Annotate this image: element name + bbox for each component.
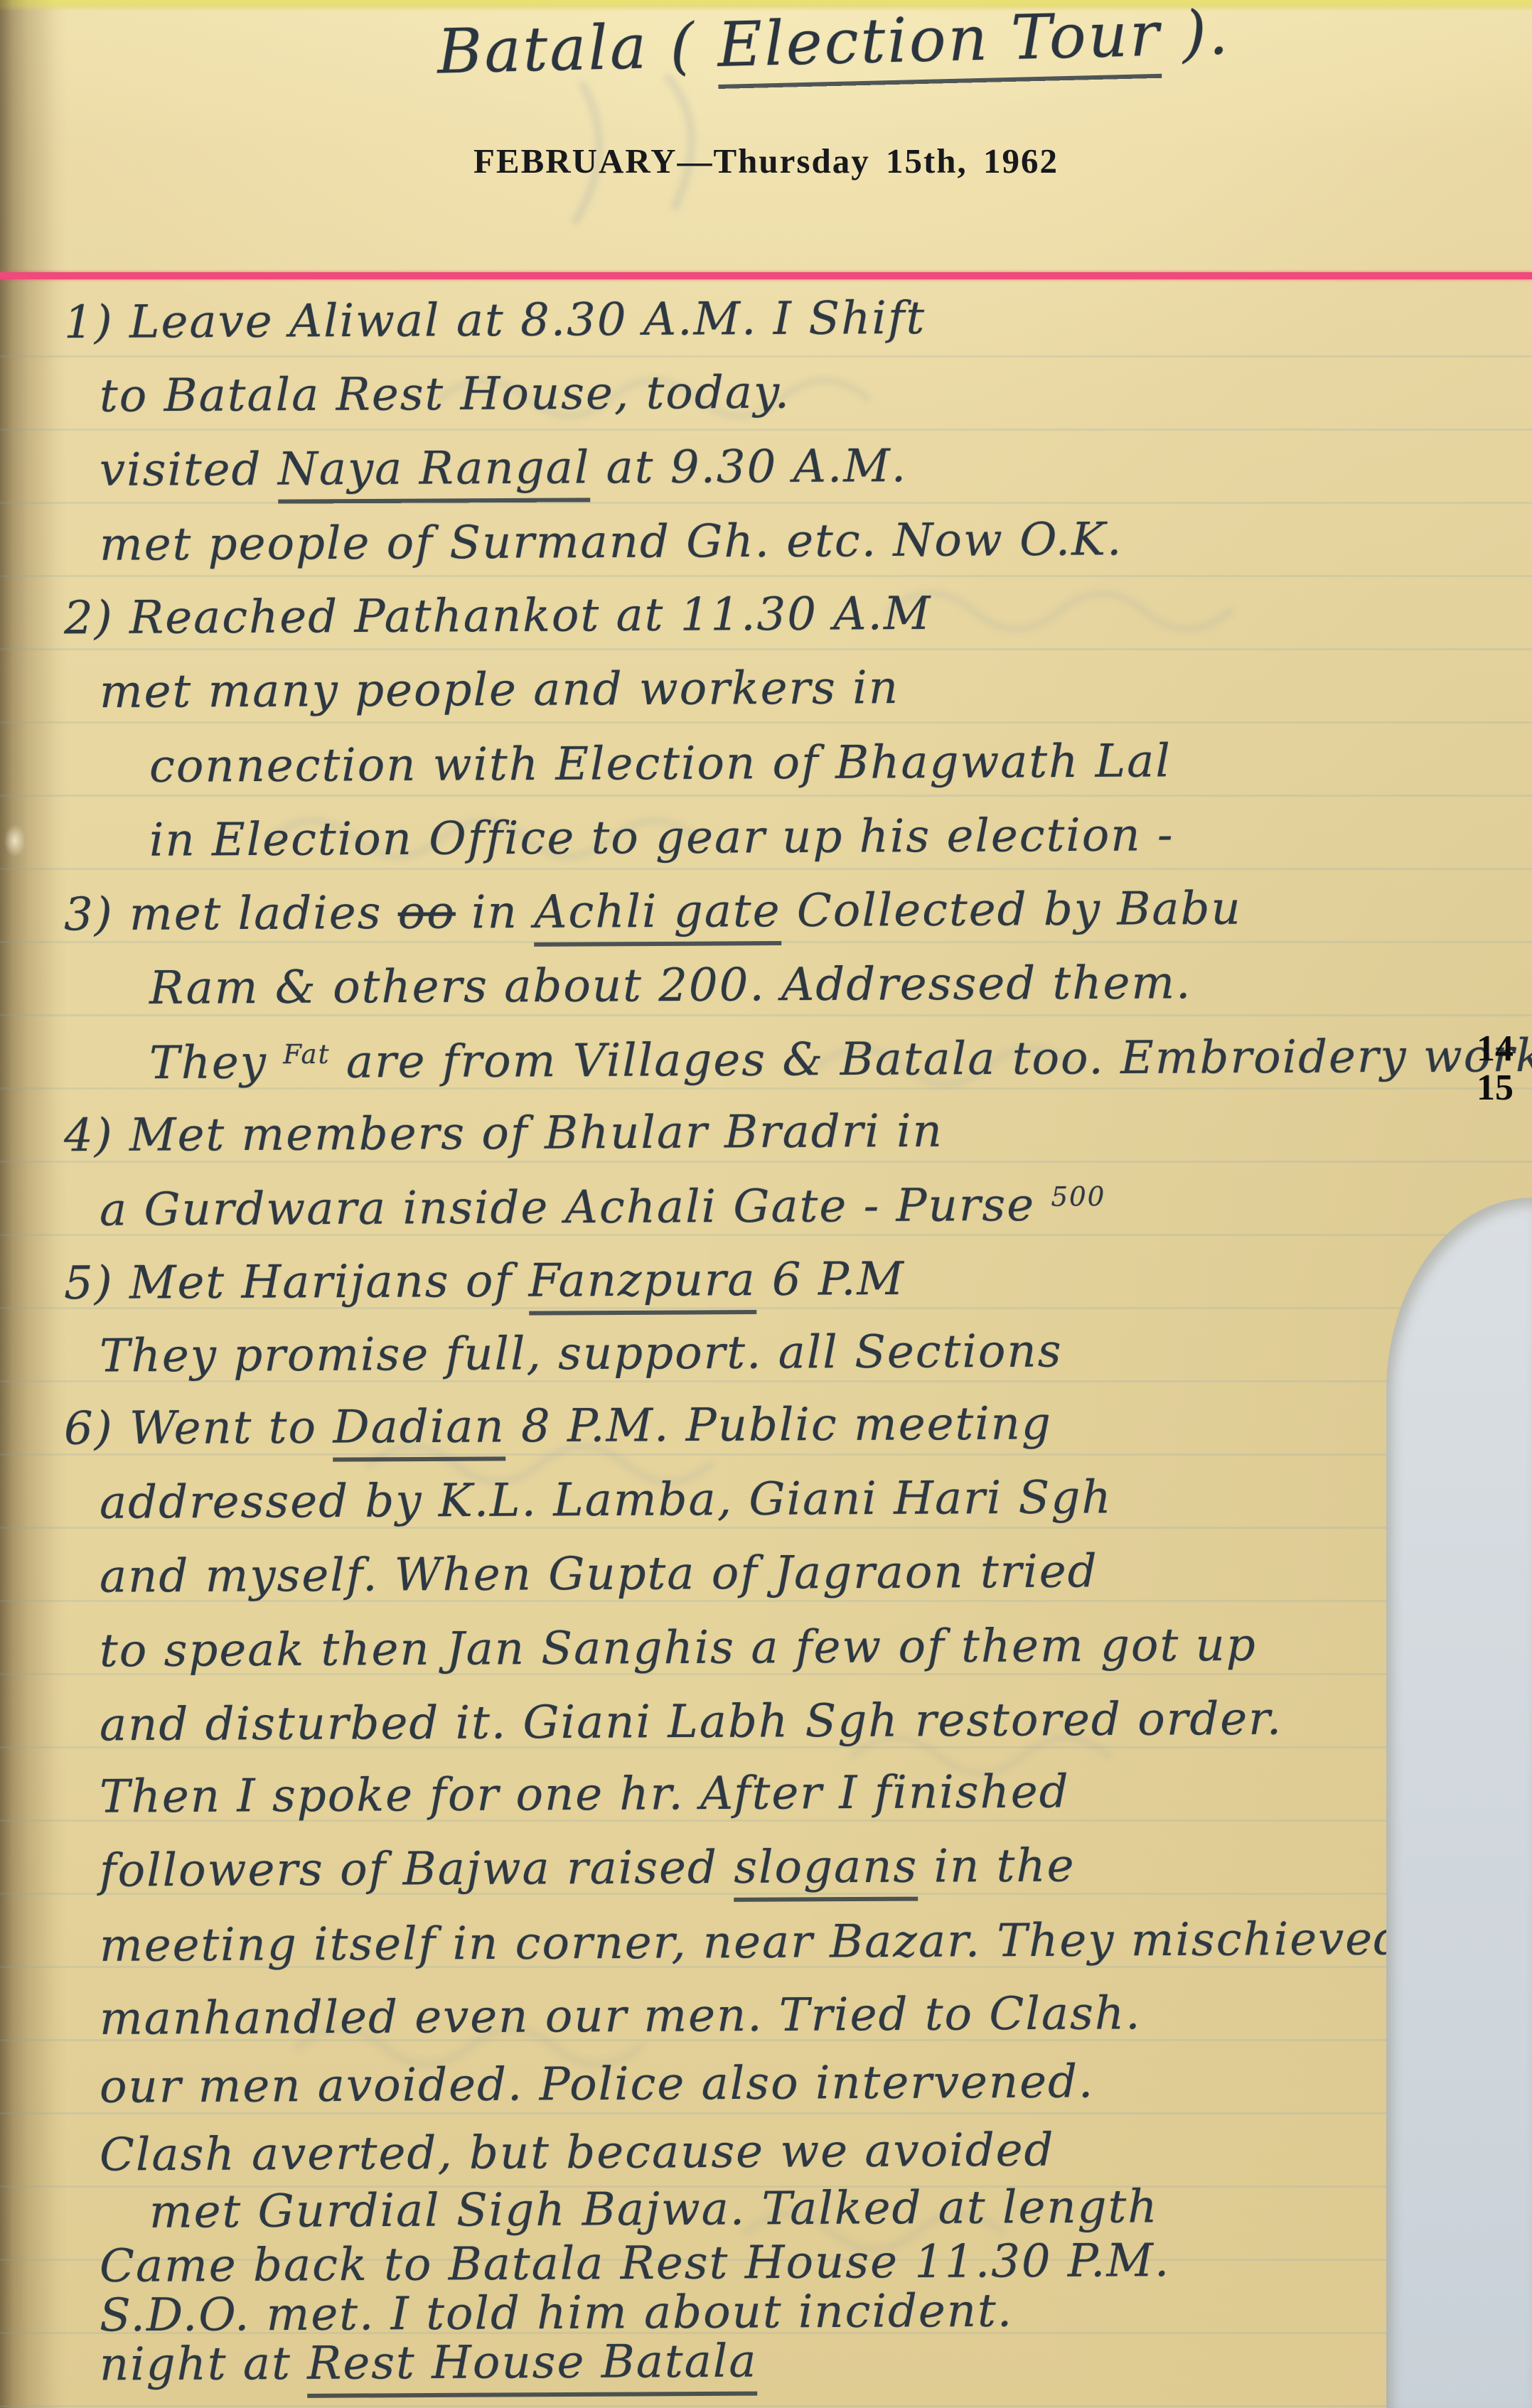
handwriting-segment: night at [100,2338,308,2392]
handwriting-segment: oo [398,886,456,939]
handwriting-segment: meeting itself in corner, near Bazar. Th… [100,1913,1420,1972]
printed-date-header: FEBRUARY—Thursday 15th, 1962 [0,141,1532,181]
handwriting-line: They promise full, support. all Sections [100,1328,1063,1380]
handwriting-segment: 1) Leave Aliwal at 8.30 A.M. I Shift [64,292,926,349]
handwriting-segment: are from Villages & Batala too. Embroide… [330,1030,1532,1089]
handwriting-segment: and myself. When Gupta of Jagraon tried [100,1545,1098,1603]
handwriting-segment: They promise full, support. all Sections [100,1325,1063,1382]
handwriting-segment: in the [918,1839,1076,1893]
handwriting-segment: Then I spoke for one hr. After I finishe… [100,1765,1070,1823]
handwriting-line: addressed by K.L. Lamba, Giani Hari Sgh [100,1474,1113,1527]
handwriting-line: manhandled even our men. Tried to Clash. [100,1990,1142,2043]
handwriting-segment: manhandled even our men. Tried to Clash. [100,1987,1142,2046]
handwriting-segment: Election Tour [717,0,1162,89]
page-edge-tabs: 14 15 [1477,1029,1514,1107]
handwriting-segment: They [149,1036,284,1090]
handwriting-segment: our men avoided. Police also intervened. [100,2055,1095,2113]
handwriting-segment: S.D.O. met. I told him about incident. [100,2285,1013,2343]
handwriting-segment: 3) met ladies [64,887,398,941]
handwriting-segment: 5) Met Harijans of [64,1255,529,1310]
handwriting-line: followers of Bajwa raised slogans in the [100,1842,1076,1895]
handwriting-line: 4) Met members of Bhular Bradri in [64,1108,943,1161]
curled-corner-background [1386,1198,1532,2408]
handwriting-line: and myself. When Gupta of Jagraon tried [100,1548,1098,1601]
handwriting-segment: and disturbed it. Giani Labh Sgh restore… [100,1693,1282,1752]
handwriting-line: Ram & others about 200. Addressed them. [149,960,1192,1013]
handwriting-line: and disturbed it. Giani Labh Sgh restore… [100,1696,1282,1750]
handwriting-segment: 6 P.M [756,1253,905,1306]
handwriting-segment: met many people and workers in [100,662,899,719]
handwriting-line: met people of Surmand Gh. etc. Now O.K. [100,516,1123,569]
handwriting-line: to speak then Jan Sanghis a few of them … [100,1622,1257,1676]
handwriting-segment: in [456,886,535,940]
handwriting-segment: Rest House Batala [307,2336,758,2398]
handwriting-line: 1) Leave Aliwal at 8.30 A.M. I Shift [64,295,926,348]
handwriting-line: 5) Met Harijans of Fanzpura 6 P.M [64,1256,905,1308]
handwriting-segment: to speak then Jan Sanghis a few of them … [100,1619,1257,1678]
handwriting-line: our men avoided. Police also intervened. [100,2058,1095,2112]
page-tab-15: 15 [1477,1068,1514,1107]
handwriting-segment: addressed by K.L. Lamba, Giani Hari Sgh [100,1471,1113,1529]
handwriting-segment: Clash averted, but because we avoided [100,2124,1055,2181]
handwriting-line: connection with Election of Bhagwath Lal [149,738,1172,791]
handwriting-segment: Batala ( [436,10,719,88]
handwriting-line: Clash averted, but because we avoided [100,2127,1055,2179]
handwriting-segment: 2) Reached Pathankot at 11.30 A.M [64,588,932,645]
handwriting-line: in Election Office to gear up his electi… [149,812,1174,865]
handwriting-line: night at Rest House Batala [100,2338,758,2390]
handwriting-segment: connection with Election of Bhagwath Lal [149,735,1172,793]
handwriting-segment: 4) Met members of Bhular Bradri in [64,1105,943,1162]
handwriting-segment: at 9.30 A.M. [590,440,907,494]
diary-title-handwritten: Batala ( Election Tour ). [436,0,1231,88]
handwriting-segment: Fat [283,1038,331,1069]
handwriting-segment: Collected by Babu [781,883,1242,937]
handwriting-segment: met Gurdial Sigh Bajwa. Talked at length [149,2181,1159,2238]
handwriting-segment: ). [1160,0,1231,70]
handwriting-segment: in Election Office to gear up his electi… [149,809,1174,867]
handwriting-line: They Fat are from Villages & Batala too.… [149,1033,1532,1088]
handwriting-segment: a Gurdwara inside Achali Gate - Purse [100,1179,1051,1237]
handwriting-segment: 500 [1051,1181,1105,1212]
handwriting-line: 2) Reached Pathankot at 11.30 A.M [64,591,932,643]
handwriting-segment: Fanzpura [528,1254,756,1316]
handwriting-segment: followers of Bajwa raised [100,1842,734,1898]
handwriting-segment: 6) Went to [64,1402,333,1456]
handwriting-line: met many people and workers in [100,665,899,716]
handwriting-line: 6) Went to Dadian 8 P.M. Public meeting [64,1400,1052,1453]
handwriting-segment: Ram & others about 200. Addressed them. [149,957,1192,1015]
handwriting-line: a Gurdwara inside Achali Gate - Purse 50… [100,1181,1106,1235]
handwriting-line: visited Naya Rangal at 9.30 A.M. [100,443,907,495]
handwriting-segment: visited [100,444,278,497]
handwriting-segment: Naya Rangal [278,441,591,503]
handwriting-line: S.D.O. met. I told him about incident. [100,2288,1013,2340]
handwriting-segment: slogans [734,1841,918,1902]
handwriting-segment: Achli gate [534,885,781,947]
handwriting-line: Then I spoke for one hr. After I finishe… [100,1768,1070,1821]
handwriting-line: Came back to Batala Rest House 11.30 P.M… [100,2237,1171,2291]
handwriting-segment: Dadian [333,1400,505,1461]
handwriting-segment: to Batala Rest House, today. [100,366,791,422]
page-tab-14: 14 [1477,1029,1514,1068]
handwriting-segment: 8 P.M. Public meeting [505,1397,1052,1453]
pink-divider-rule [0,272,1532,279]
diary-page: Batala ( Election Tour ). FEBRUARY—Thurs… [0,0,1532,2408]
handwriting-line: 3) met ladies oo in Achli gate Collected… [64,886,1242,940]
handwriting-segment: met people of Surmand Gh. etc. Now O.K. [100,513,1123,571]
handwriting-line: to Batala Rest House, today. [100,369,791,420]
handwriting-line: meeting itself in corner, near Bazar. Th… [100,1915,1420,1970]
handwriting-line: met Gurdial Sigh Bajwa. Talked at length [149,2183,1159,2237]
